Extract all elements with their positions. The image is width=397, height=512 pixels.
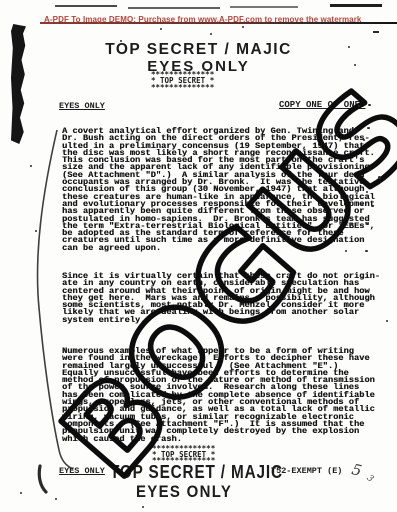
scan-speck [368, 104, 371, 106]
scan-speck [358, 105, 360, 107]
exemption-code-label: T52-EXEMPT (E) [271, 466, 342, 476]
scan-speck [242, 26, 244, 28]
scan-speck [348, 46, 350, 48]
footer-eyes-only-label: EYES ONLY [59, 466, 105, 476]
pdf-demo-watermark: A-PDF To Image DEMO: Purchase from www.A… [44, 15, 362, 24]
scan-speck [363, 139, 365, 141]
handwritten-mark: 5 [350, 460, 364, 480]
header-asterisk-block: ************** * TOP SECRET * **********… [151, 72, 214, 91]
copy-count-label: COPY ONE OF ONE. [279, 100, 365, 110]
scan-speck [361, 203, 363, 205]
scan-artifact-line [230, 6, 298, 8]
scan-artifact-line [55, 5, 117, 7]
scan-speck [35, 230, 37, 232]
scan-speck [365, 250, 368, 252]
scanned-document-page: A-PDF To Image DEMO: Purchase from www.A… [0, 0, 397, 512]
scan-speck [367, 127, 370, 129]
scan-artifact-line [330, 4, 382, 7]
scan-speck [55, 498, 57, 500]
scan-speck [142, 506, 144, 508]
scan-speck [373, 31, 379, 33]
body-paragraph-2: Since it is virtually certain that these… [62, 273, 380, 324]
header-stamp-top-secret-majic: TOP SECRET / MAJIC [0, 41, 397, 59]
body-paragraph-1: A covert analytical effort organized by … [62, 128, 375, 252]
scan-speck [386, 320, 388, 322]
scan-speck [210, 33, 212, 35]
body-paragraph-3: Numerous examples of what appear to be a… [62, 348, 375, 443]
scan-speck [354, 64, 356, 66]
scan-speck [345, 250, 347, 252]
scan-speck [20, 492, 22, 494]
footer-stamp-top-secret-majic: TOP SECRET / MAJIC [110, 462, 283, 483]
handwritten-mark-secondary: 3 [365, 473, 376, 484]
scan-speck [378, 176, 381, 179]
footer-stamp-eyes-only: EYES ONLY [136, 482, 232, 502]
scan-speck [30, 165, 32, 167]
scan-speck [160, 28, 162, 30]
header-eyes-only-label: EYES ONLY [59, 101, 105, 111]
scan-speck [371, 205, 374, 207]
scan-speck [366, 191, 368, 193]
scan-speck [351, 223, 353, 225]
scan-speck [366, 223, 369, 225]
scan-artifact-line [128, 7, 220, 9]
scan-speck [120, 40, 122, 42]
